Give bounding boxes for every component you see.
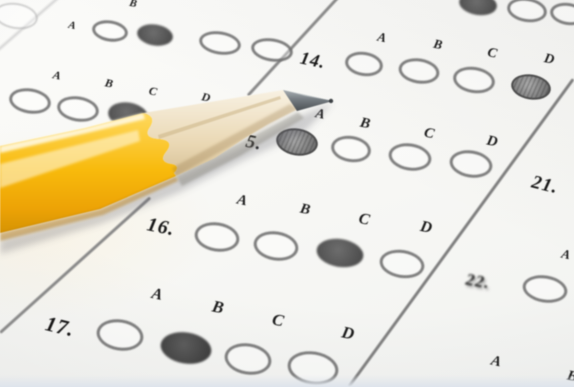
answer-sheet-photo: A B A B C D 14. A B C D 5. A B C D 16. A… xyxy=(0,0,574,387)
photo-bottom-edge xyxy=(0,375,574,387)
pencil-tip-point xyxy=(329,99,333,103)
pencil xyxy=(0,0,574,387)
